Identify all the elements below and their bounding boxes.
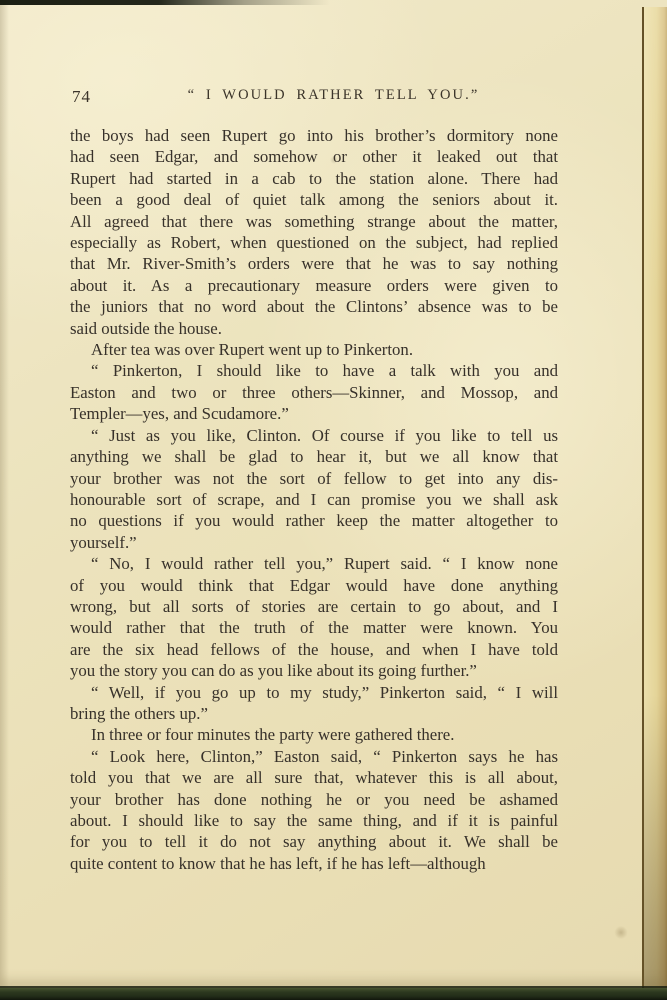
paragraph: “ Just as you like, Clinton. Of course i…: [70, 425, 558, 553]
text-line: “ Look here, Clinton,” Easton said, “ Pi…: [70, 746, 558, 767]
text-line: “ Just as you like, Clinton. Of course i…: [70, 425, 558, 446]
text-line: the juniors that no word about the Clint…: [70, 296, 558, 317]
text-line: honourable sort of scrape, and I can pro…: [70, 489, 558, 510]
text-line: “ No, I would rather tell you,” Rupert s…: [70, 553, 558, 574]
running-title: “ I WOULD RATHER TELL YOU.”: [188, 87, 480, 103]
bottom-cover-board: [0, 988, 667, 1000]
text-line: are the six head fellows of the house, a…: [70, 639, 558, 660]
text-line: been a good deal of quiet talk among the…: [70, 189, 558, 210]
text-line: no questions if you would rather keep th…: [70, 510, 558, 531]
text-line: Templer—yes, and Scudamore.”: [70, 403, 558, 424]
running-head: 74 “ I WOULD RATHER TELL YOU.”: [0, 86, 667, 104]
paper-smudge: [330, 156, 338, 164]
text-line: wrong, but all sorts of stories are cert…: [70, 596, 558, 617]
text-line: anything we shall be glad to hear it, bu…: [70, 446, 558, 467]
text-line: had seen Edgar, and somehow or other it …: [70, 146, 558, 167]
text-line: your brother has done nothing he or you …: [70, 789, 558, 810]
book-page-scan: 74 “ I WOULD RATHER TELL YOU.” the boys …: [0, 0, 667, 1000]
text-line: In three or four minutes the party were …: [70, 724, 558, 745]
text-line: “ Pinkerton, I should like to have a tal…: [70, 360, 558, 381]
paragraph: After tea was over Rupert went up to Pin…: [70, 339, 558, 360]
text-line: yourself.”: [70, 532, 558, 553]
paragraph: the boys had seen Rupert go into his bro…: [70, 125, 558, 339]
text-line: for you to tell it do not say anything a…: [70, 831, 558, 852]
text-line: about it. As a precautionary measure ord…: [70, 275, 558, 296]
body-text: the boys had seen Rupert go into his bro…: [70, 125, 558, 874]
text-line: would rather that the truth of the matte…: [70, 617, 558, 638]
text-line: said outside the house.: [70, 318, 558, 339]
text-line: Rupert had started in a cab to the stati…: [70, 168, 558, 189]
text-line: quite content to know that he has left, …: [70, 853, 558, 874]
text-line: “ Well, if you go up to my study,” Pinke…: [70, 682, 558, 703]
paragraph: “ Look here, Clinton,” Easton said, “ Pi…: [70, 746, 558, 874]
text-line: told you that we are all sure that, what…: [70, 767, 558, 788]
text-line: about. I should like to say the same thi…: [70, 810, 558, 831]
text-line: your brother was not the sort of fellow …: [70, 468, 558, 489]
page-number: 74: [72, 87, 91, 107]
text-line: you the story you can do as you like abo…: [70, 660, 558, 681]
left-edge-shadow: [0, 0, 9, 988]
paragraph: In three or four minutes the party were …: [70, 724, 558, 745]
text-line: of you would think that Edgar would have…: [70, 575, 558, 596]
top-edge-shadow: [0, 0, 330, 5]
text-line: Easton and two or three others—Skinner, …: [70, 382, 558, 403]
paper-smudge: [614, 926, 628, 939]
text-line: After tea was over Rupert went up to Pin…: [70, 339, 558, 360]
paragraph: “ Pinkerton, I should like to have a tal…: [70, 360, 558, 424]
paragraph: “ No, I would rather tell you,” Rupert s…: [70, 553, 558, 681]
text-line: that Mr. River-Smith’s orders were that …: [70, 253, 558, 274]
text-line: All agreed that there was something stra…: [70, 211, 558, 232]
text-line: the boys had seen Rupert go into his bro…: [70, 125, 558, 146]
text-line: bring the others up.”: [70, 703, 558, 724]
right-page-edge: [642, 7, 667, 989]
text-line: especially as Robert, when questioned on…: [70, 232, 558, 253]
paragraph: “ Well, if you go up to my study,” Pinke…: [70, 682, 558, 725]
